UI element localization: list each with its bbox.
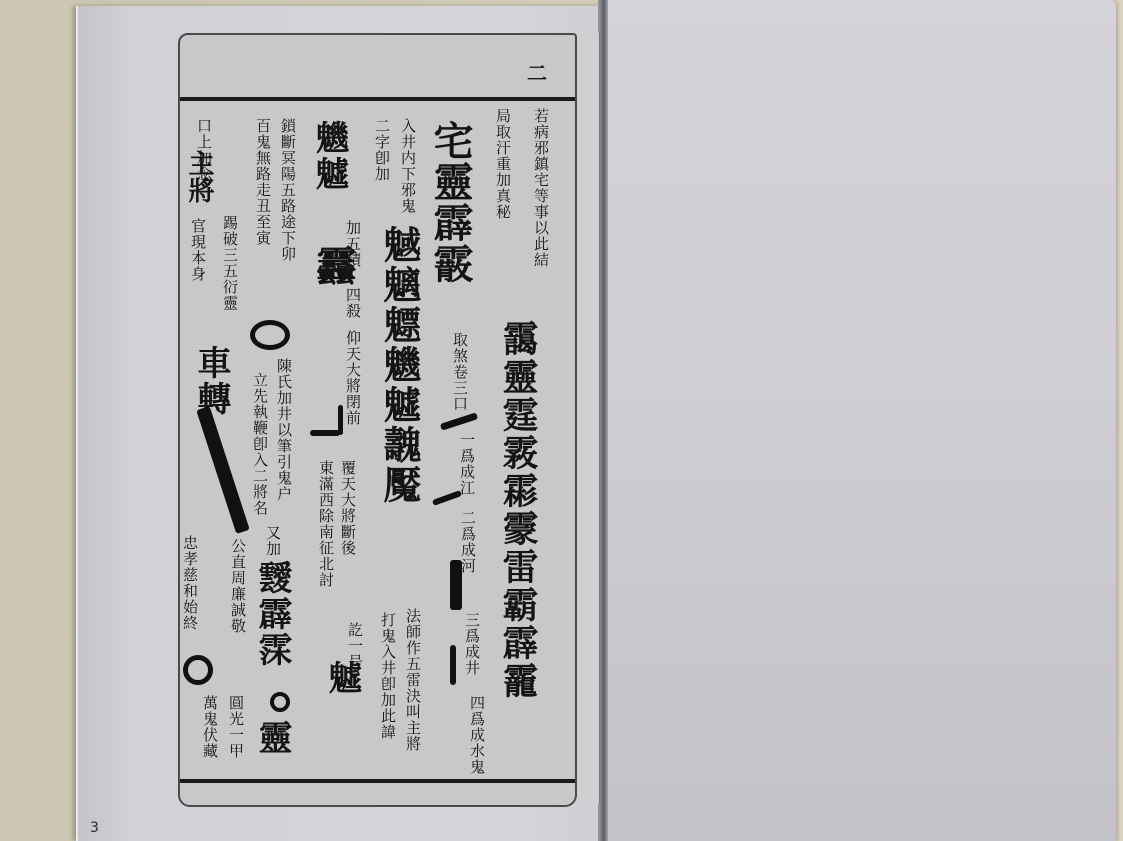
right-page-blank	[606, 0, 1116, 841]
text-column: 局取汗重加真秘	[495, 108, 510, 220]
footer-band	[180, 779, 575, 805]
text-column: 一爲成江	[459, 432, 474, 496]
brush-stroke	[450, 560, 462, 610]
text-column: 官現本身	[190, 218, 205, 282]
talisman-glyph: 車轉	[194, 345, 228, 417]
text-column: 二字卽加	[374, 118, 389, 182]
talisman-column: 魊魑魒魕魖魗魘	[380, 225, 418, 505]
text-column: 踢破三五𧗠靈	[222, 215, 237, 311]
text-column: 打鬼入井卽加此諱	[380, 612, 395, 740]
text-column: 主將	[186, 150, 212, 204]
talisman-column: 靉霹霂	[255, 560, 289, 668]
text-column: 百鬼無路走丑至寅	[255, 118, 270, 246]
header-band: 二	[180, 35, 575, 101]
circle-mark	[270, 692, 290, 712]
text-column: 鎖斷冥陽五路途下卯	[280, 118, 295, 262]
talisman-glyph: 魖	[325, 660, 359, 696]
text-column: 若病邪鎮宅等事以此結	[533, 108, 548, 268]
text-column: 覆天大將斷後	[340, 460, 355, 556]
text-column: 入井内下邪鬼	[400, 118, 415, 214]
text-column: 忠孝慈和始終	[182, 535, 197, 631]
talisman-glyph: 靈	[255, 720, 289, 756]
text-column: 立先執鞭卽入二將名	[252, 372, 267, 516]
text-column: 三爲成井	[464, 612, 479, 676]
text-column: 又加	[265, 525, 280, 557]
folio-marker: 二	[527, 57, 547, 86]
double-circle-mark	[250, 320, 290, 350]
text-column: 仰天大將閉前	[345, 330, 360, 426]
text-column: 四爲成水鬼	[469, 695, 484, 775]
brush-stroke	[338, 405, 343, 435]
brush-stroke	[310, 430, 340, 436]
text-column: 二爲成河	[460, 510, 475, 574]
talisman-column: 魕魖	[312, 120, 346, 192]
text-column: 公直周廉誠敬	[230, 538, 245, 634]
circle-mark	[183, 655, 213, 685]
text-column: 陳氏加井以筆引鬼户	[276, 358, 291, 502]
text-column: 取煞卷三口	[452, 332, 467, 412]
talisman-column: 靄靈霆霚霦霥雷霸霹靇	[500, 320, 536, 700]
talisman-column: 宅靈霹霰	[430, 120, 470, 284]
text-column: 萬鬼伏藏	[202, 695, 217, 759]
brush-stroke	[450, 645, 456, 685]
talisman-glyph: 䨺	[313, 245, 353, 286]
text-column: 法師作五雷決叫主將	[405, 608, 420, 752]
text-column: 圓光一甲	[228, 695, 243, 759]
page-number: 3	[90, 820, 99, 836]
text-column: 東滿西除南征北討	[318, 460, 333, 588]
